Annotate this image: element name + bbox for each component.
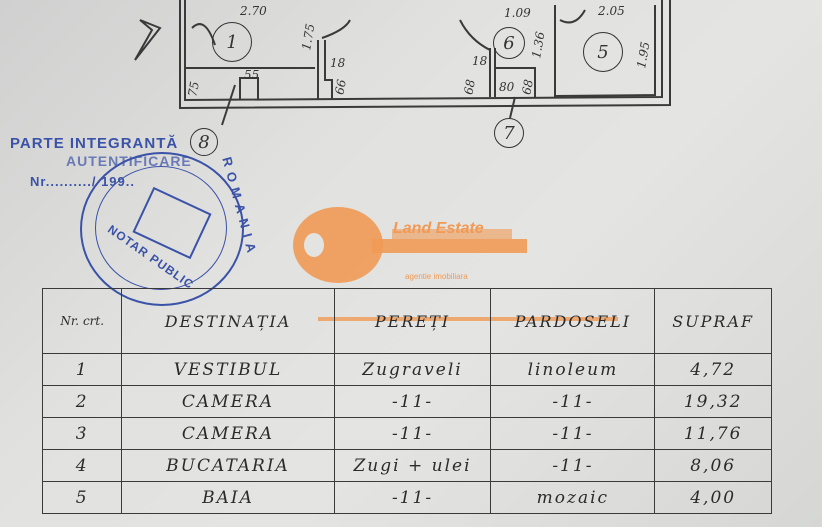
cell-pereti: -11- xyxy=(334,386,491,418)
stamp-line2: AUTENTIFICARE xyxy=(66,153,192,169)
room-marker: 8 xyxy=(190,128,218,156)
cell-suprafata: 8,06 xyxy=(655,450,772,482)
cell-pereti: Zugi + ulei xyxy=(334,450,491,482)
cell-nr: 5 xyxy=(43,482,122,514)
cell-nr: 1 xyxy=(43,354,122,386)
cell-pereti: -11- xyxy=(334,418,491,450)
watermark-brand: Land Estate xyxy=(393,220,484,238)
dimension-label: 18 xyxy=(472,54,487,68)
cell-pardoseli: -11- xyxy=(491,386,655,418)
cell-pardoseli: linoleum xyxy=(491,354,655,386)
room-marker: 5 xyxy=(583,32,623,72)
table-row: 2 CAMERA -11- -11- 19,32 xyxy=(43,386,772,418)
watermark-tagline: agentie imobiliara xyxy=(405,272,468,281)
room-marker: 1 xyxy=(212,22,252,62)
cell-suprafata: 19,32 xyxy=(655,386,772,418)
header-nr: Nr. crt. xyxy=(43,289,122,354)
cell-destinatia: CAMERA xyxy=(122,418,334,450)
dimension-label: 68 xyxy=(461,78,477,95)
room-marker: 7 xyxy=(494,118,524,148)
dimension-label: 2.70 xyxy=(240,4,267,18)
table-header-row: Nr. crt. DESTINAȚIA PEREȚI PARDOSELI SUP… xyxy=(43,289,772,354)
cell-pereti: -11- xyxy=(334,482,491,514)
table-row: 4 BUCATARIA Zugi + ulei -11- 8,06 xyxy=(43,450,772,482)
cell-suprafata: 11,76 xyxy=(655,418,772,450)
stamp-line1: PARTE INTEGRANTĂ xyxy=(10,135,178,152)
dimension-label: 2.05 xyxy=(598,4,625,18)
cell-suprafata: 4,72 xyxy=(655,354,772,386)
cell-pardoseli: -11- xyxy=(491,418,655,450)
dimension-label: 1.09 xyxy=(504,6,531,20)
cell-pereti: Zugraveli xyxy=(334,354,491,386)
header-pardoseli: PARDOSELI xyxy=(491,289,655,354)
table-row: 1 VESTIBUL Zugraveli linoleum 4,72 xyxy=(43,354,772,386)
cell-destinatia: BUCATARIA xyxy=(122,450,334,482)
cell-destinatia: VESTIBUL xyxy=(122,354,334,386)
header-pereti: PEREȚI xyxy=(334,289,491,354)
dimension-label: 66 xyxy=(332,78,348,95)
cell-pardoseli: -11- xyxy=(491,450,655,482)
stamp-line3: Nr........../ 199.. xyxy=(30,174,135,189)
cell-destinatia: BAIA xyxy=(122,482,334,514)
table-row: 5 BAIA -11- mozaic 4,00 xyxy=(43,482,772,514)
table-row: 3 CAMERA -11- -11- 11,76 xyxy=(43,418,772,450)
dimension-label: 75 xyxy=(185,80,201,97)
cell-suprafata: 4,00 xyxy=(655,482,772,514)
cell-pardoseli: mozaic xyxy=(491,482,655,514)
dimension-label: 68 xyxy=(519,78,535,95)
room-marker: 6 xyxy=(493,27,525,59)
header-destinatia: DESTINAȚIA xyxy=(122,289,334,354)
cell-nr: 2 xyxy=(43,386,122,418)
dimension-label: 55 xyxy=(244,68,259,82)
header-supraf: SUPRAF xyxy=(655,289,772,354)
dimension-label: 18 xyxy=(330,56,345,70)
dimension-label: 80 xyxy=(499,80,514,94)
cell-destinatia: CAMERA xyxy=(122,386,334,418)
cell-nr: 4 xyxy=(43,450,122,482)
rooms-table: Nr. crt. DESTINAȚIA PEREȚI PARDOSELI SUP… xyxy=(42,288,772,514)
cell-nr: 3 xyxy=(43,418,122,450)
